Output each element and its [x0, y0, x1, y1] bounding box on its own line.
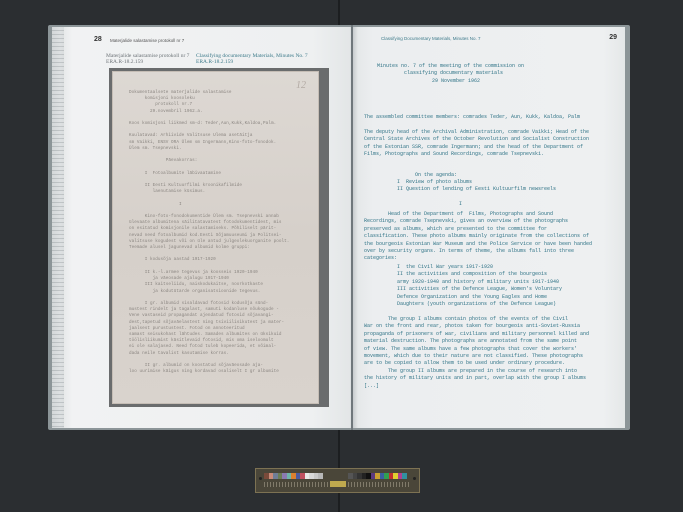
- text-line: The deputy head of the Archival Administ…: [364, 129, 589, 136]
- left-page-number: 28: [94, 36, 102, 43]
- color-calibration-target: [255, 468, 420, 493]
- caption-english-ref: ERA.R-18.2.159: [196, 59, 308, 65]
- attendees-paragraph: The deputy head of the Archival Administ…: [364, 129, 589, 159]
- text-line: are to be copied to allow them to be use…: [364, 360, 589, 367]
- color-patch: [402, 473, 407, 479]
- color-patch: [318, 473, 323, 479]
- title-line: classifying documentary materials: [377, 70, 524, 77]
- text-line: movement, which due to their nature are …: [364, 353, 589, 360]
- agenda-item: I Review of photo albums: [397, 179, 556, 186]
- caption-estonian: Materjalide salastamise protokoll nr 7 E…: [106, 53, 189, 65]
- right-page: Classifying Documentary Materials, Minut…: [353, 27, 625, 428]
- category-line: I the Civil War years 1917-1920: [397, 264, 562, 271]
- text-line: preserved as albums, which are presented…: [364, 226, 592, 233]
- category-line: III activities of the Defence League, Wo…: [397, 286, 562, 293]
- left-running-head: Materjalide salastamise protokoll nr 7: [110, 38, 184, 43]
- agenda-item: II Question of lending of Eesti Kultuurf…: [397, 186, 556, 193]
- color-patches-left: [264, 473, 323, 479]
- ellipsis-marker: [...]: [364, 383, 589, 390]
- text-line: of the Estonian SSR, comrade Ingermann; …: [364, 144, 589, 151]
- typewritten-text: Dokumentaalsete materjalide salastamise …: [129, 90, 304, 375]
- title-line: Minutes no. 7 of the meeting of the comm…: [377, 63, 524, 70]
- caption-estonian-ref: ERA.R-18.2.159: [106, 59, 189, 65]
- category-line: Defence Organization and the Young Eagle…: [397, 294, 562, 301]
- archival-document-scan: 12 Dokumentaalsete materjalide salastami…: [109, 68, 329, 407]
- page-edges: [52, 27, 64, 428]
- left-page: 28 Materjalide salastamise protokoll nr …: [52, 27, 352, 428]
- committee-members: The assembled committee members: comrade…: [364, 114, 580, 121]
- chart-dot-left: [259, 477, 262, 480]
- text-line: The group I albums contain photos of the…: [364, 316, 589, 323]
- right-page-number: 29: [609, 34, 617, 41]
- agenda-list: I Review of photo albumsII Question of l…: [397, 179, 556, 194]
- category-line: II the activities and composition of the…: [397, 271, 562, 278]
- chart-dot-right: [413, 477, 416, 480]
- section-marker: I: [459, 201, 462, 208]
- text-line: Recordings, comrade Tsepnevski, gives an…: [364, 218, 592, 225]
- caption-english: Classifying documentary Materials, Minut…: [196, 53, 308, 65]
- group-description-paragraph: The group I albums contain photos of the…: [364, 316, 589, 390]
- color-patches-right: [348, 473, 407, 479]
- album-categories: I the Civil War years 1917-1920II the ac…: [397, 264, 562, 308]
- text-line: propaganda of prisoners of war, civilian…: [364, 331, 589, 338]
- minutes-title: Minutes no. 7 of the meeting of the comm…: [377, 63, 524, 85]
- text-line: War on the front and rear, photos taken …: [364, 323, 589, 330]
- open-book: 28 Materjalide salastamise protokoll nr …: [48, 25, 630, 430]
- text-line: the bourgeois Estonian War Museum and th…: [364, 241, 592, 248]
- chart-label: [330, 481, 346, 487]
- typewritten-page: 12 Dokumentaalsete materjalide salastami…: [112, 71, 319, 404]
- text-line: categories:: [364, 255, 592, 262]
- text-line: the history of military units and in par…: [364, 375, 589, 382]
- category-line: Daughters (youth organizations of the De…: [397, 301, 562, 308]
- text-line: material destruction. The photographs ar…: [364, 338, 589, 345]
- text-line: over by security organs. In terms of the…: [364, 248, 592, 255]
- text-line: of view. The same albums have a few phot…: [364, 346, 589, 353]
- text-line: classification. These photo albums mainl…: [364, 233, 592, 240]
- text-line: Films, Photographs and Sound Recordings,…: [364, 151, 589, 158]
- text-line: The group II albums are prepared in the …: [364, 368, 589, 375]
- title-date: 29 November 1962: [377, 78, 524, 85]
- overview-paragraph: Head of the Department of Films, Photogr…: [364, 211, 592, 263]
- text-line: Central State Archives of the October Re…: [364, 136, 589, 143]
- text-line: Head of the Department of Films, Photogr…: [364, 211, 592, 218]
- right-running-head: Classifying Documentary Materials, Minut…: [381, 36, 481, 41]
- category-line: army 1920-1940 and history of military u…: [397, 279, 562, 286]
